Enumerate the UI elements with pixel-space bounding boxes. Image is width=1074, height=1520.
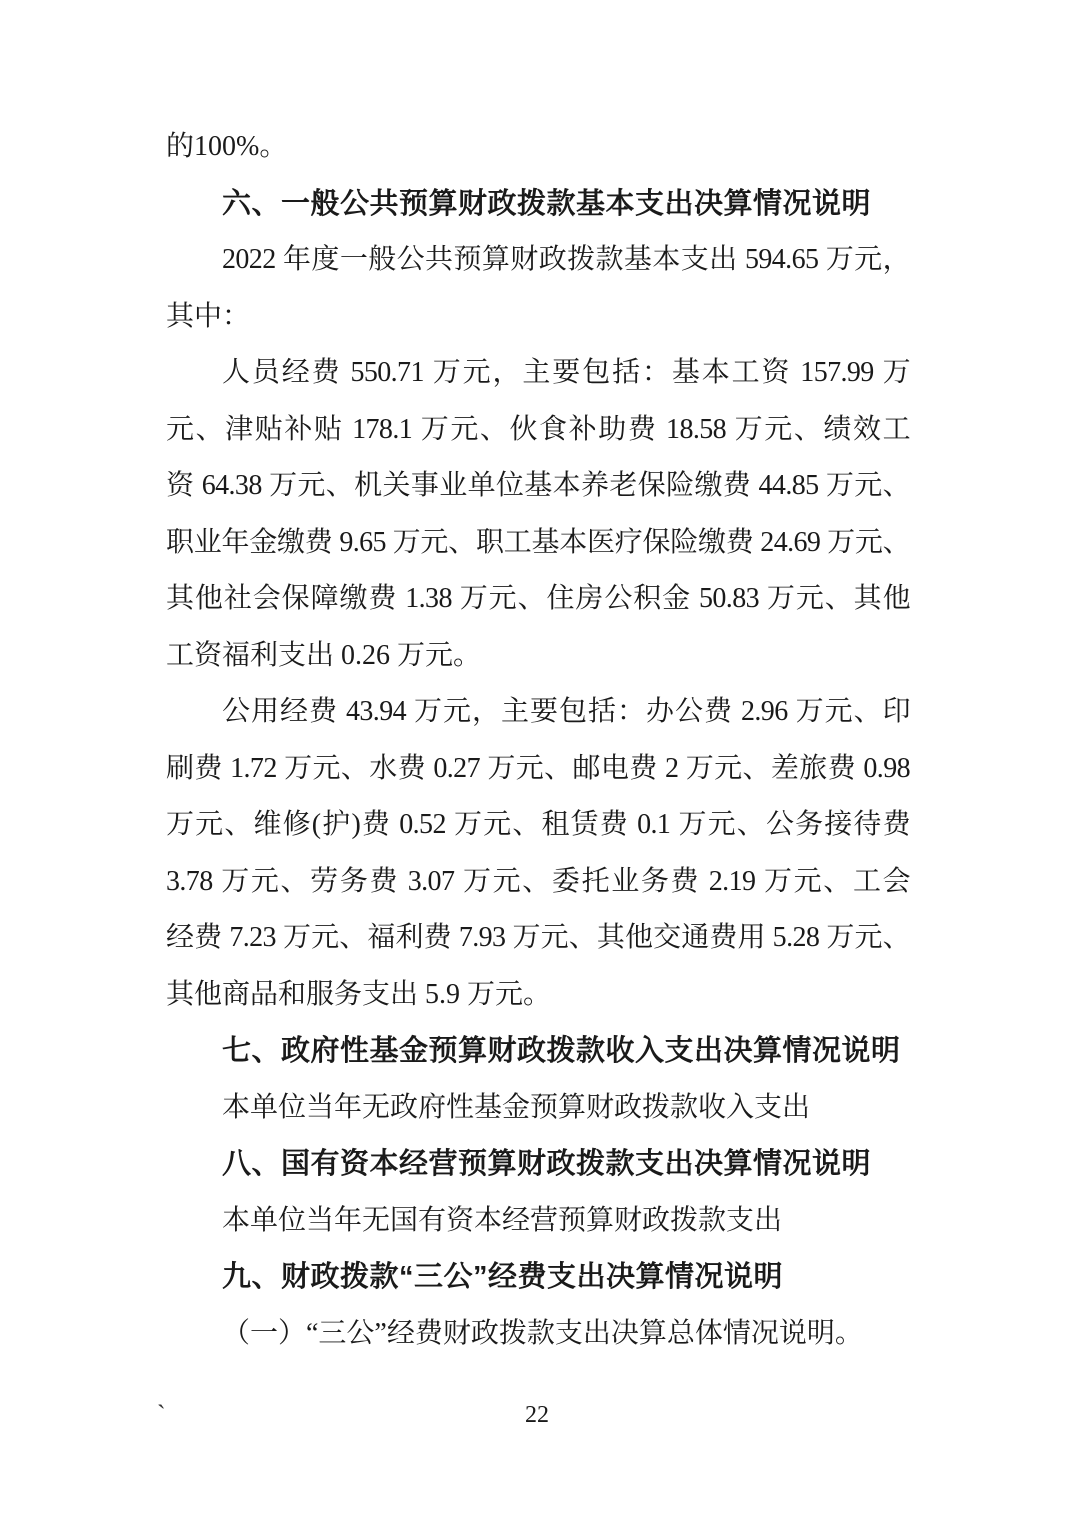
para-personnel-funds-line-1: 人员经费 550.71 万元，主要包括：基本工资 157.99 万 xyxy=(166,345,910,402)
para-public-funds-line-6: 其他商品和服务支出 5.9 万元。 xyxy=(166,967,910,1024)
para-personnel-funds-line-4: 职业年金缴费 9.65 万元、职工基本医疗保险缴费 24.69 万元、 xyxy=(166,515,910,572)
para-public-funds-line-4: 3.78 万元、劳务费 3.07 万元、委托业务费 2.19 万元、工会 xyxy=(166,854,910,911)
para-basic-expenditure-total: 2022 年度一般公共预算财政拨款基本支出 594.65 万元， xyxy=(166,232,910,289)
heading-section-eight: 八、国有资本经营预算财政拨款支出决算情况说明 xyxy=(166,1136,910,1193)
para-no-state-capital-expenditure: 本单位当年无国有资本经营预算财政拨款支出 xyxy=(166,1193,910,1250)
para-no-govfund-expenditure: 本单位当年无政府性基金预算财政拨款收入支出 xyxy=(166,1080,910,1137)
para-sangong-overview: （一）“三公”经费财政拨款支出决算总体情况说明。 xyxy=(166,1306,910,1363)
line-including-label: 其中： xyxy=(166,289,910,346)
para-public-funds-line-5: 经费 7.23 万元、福利费 7.93 万元、其他交通费用 5.28 万元、 xyxy=(166,910,910,967)
line-percentage-tail: 的100%。 xyxy=(166,119,910,176)
heading-section-nine: 九、财政拨款“三公”经费支出决算情况说明 xyxy=(166,1249,910,1306)
heading-section-six: 六、一般公共预算财政拨款基本支出决算情况说明 xyxy=(166,176,910,233)
para-personnel-funds-line-3: 资 64.38 万元、机关事业单位基本养老保险缴费 44.85 万元、 xyxy=(166,458,910,515)
para-personnel-funds-line-2: 元、津贴补贴 178.1 万元、伙食补助费 18.58 万元、绩效工 xyxy=(166,402,910,459)
page-number: 22 xyxy=(0,1400,1074,1430)
para-public-funds-line-2: 刷费 1.72 万元、水费 0.27 万元、邮电费 2 万元、差旅费 0.98 xyxy=(166,741,910,798)
document-body: 的100%。 六、一般公共预算财政拨款基本支出决算情况说明 2022 年度一般公… xyxy=(166,119,910,1362)
para-public-funds-line-3: 万元、维修(护)费 0.52 万元、租赁费 0.1 万元、公务接待费 xyxy=(166,797,910,854)
heading-section-seven: 七、政府性基金预算财政拨款收入支出决算情况说明 xyxy=(166,1023,910,1080)
para-public-funds-line-1: 公用经费 43.94 万元，主要包括：办公费 2.96 万元、印 xyxy=(166,684,910,741)
document-page: { "page": { "background_color": "#ffffff… xyxy=(0,0,1074,1520)
para-personnel-funds-line-5: 其他社会保障缴费 1.38 万元、住房公积金 50.83 万元、其他 xyxy=(166,571,910,628)
para-personnel-funds-line-6: 工资福利支出 0.26 万元。 xyxy=(166,628,910,685)
